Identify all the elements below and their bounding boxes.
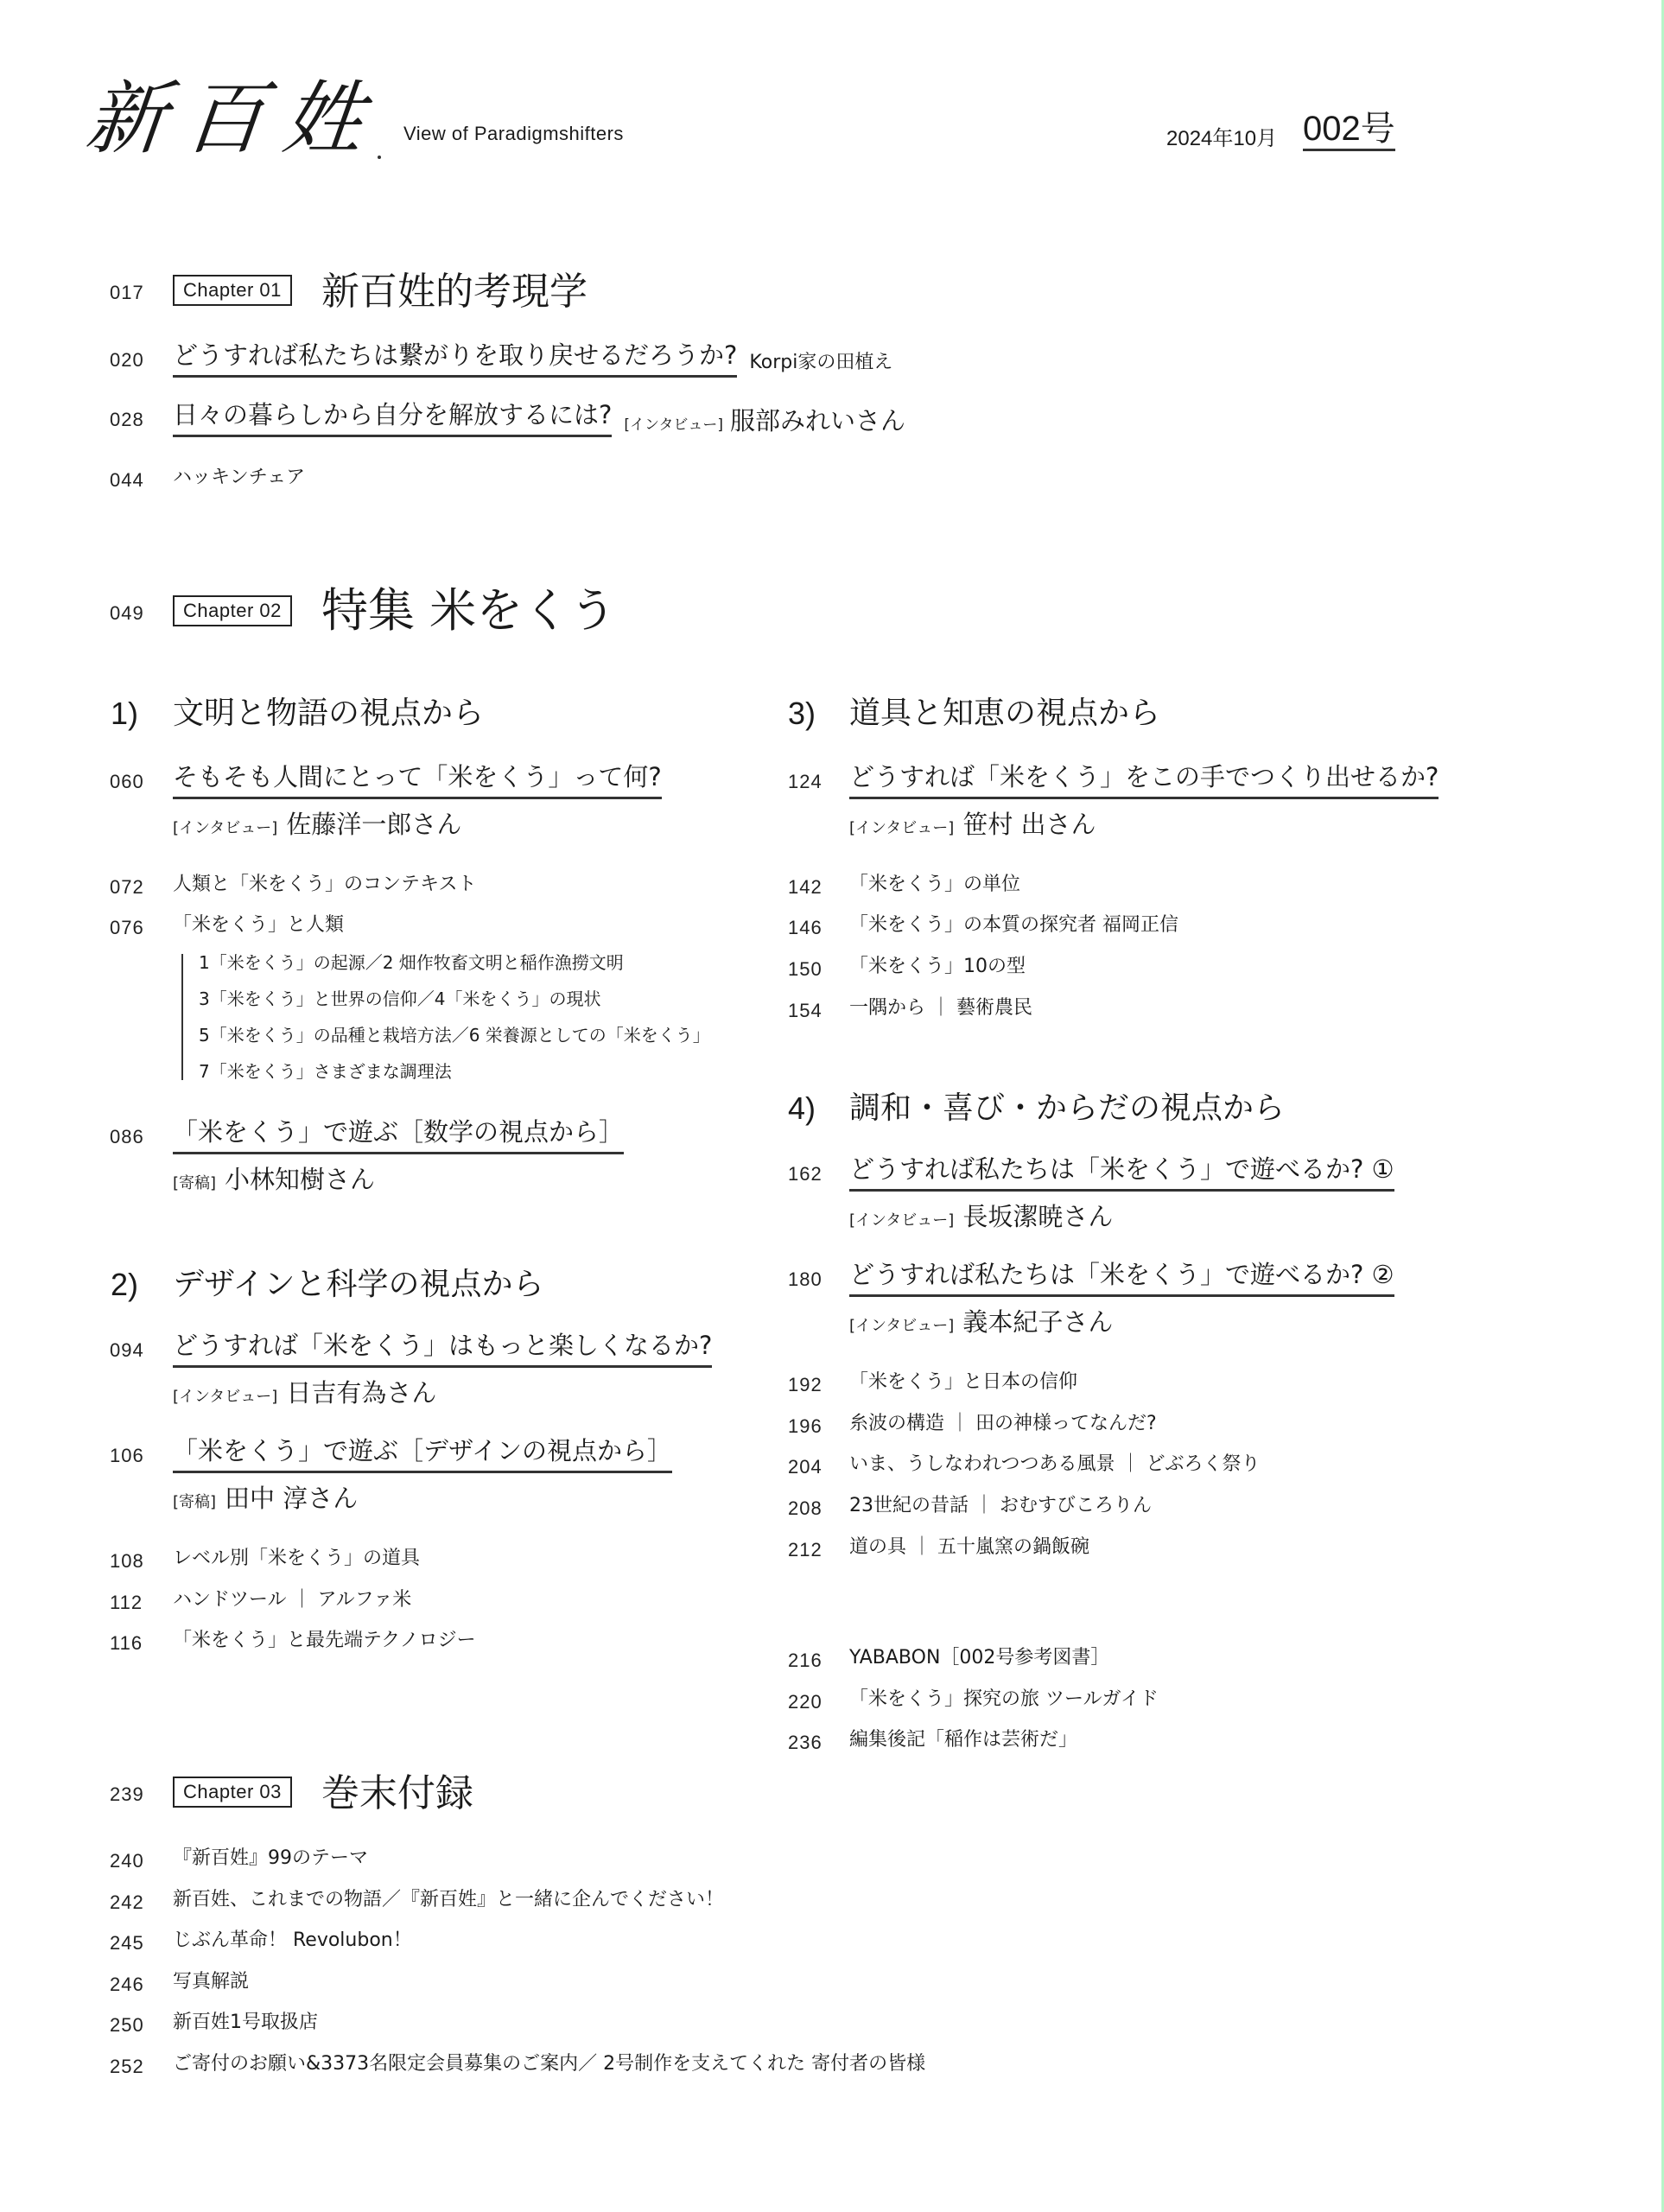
toc-item-title[interactable]: 編集後記「稲作は芸術だ」: [849, 1731, 1077, 1750]
toc-page-number: 072: [110, 876, 144, 899]
toc-item-title[interactable]: 新百姓、これまでの物語／『新百姓』と一緒に企んでください！: [173, 1891, 724, 1910]
toc-item-title[interactable]: 「米をくう」10の型: [849, 957, 1026, 976]
toc-item-title[interactable]: 一隅から ｜ 藝術農民: [849, 999, 1032, 1018]
chapter-page-number: 239: [110, 1783, 144, 1806]
toc-item-title[interactable]: ハッキンチェア: [173, 468, 305, 487]
toc-item-title[interactable]: 「米をくう」と人類: [173, 916, 344, 935]
section-title: 道具と知恵の視点から: [849, 698, 1160, 729]
chapter-page-number: 049: [110, 602, 144, 625]
toc-page-number: 245: [110, 1932, 144, 1955]
entry-byline: [インタビュー]義本紀子さん: [849, 1310, 1113, 1335]
toc-page-number: 220: [788, 1691, 822, 1713]
byline-tag: [寄稿]: [173, 1174, 216, 1192]
entry-byline: [インタビュー]笹村 出さん: [849, 812, 1096, 837]
sub-chapter-item[interactable]: 3「米をくう」と世界の信仰／4「米をくう」の現状: [199, 990, 710, 1007]
byline-name: 義本紀子さん: [962, 1307, 1113, 1337]
toc-item-title[interactable]: 人類と「米をくう」のコンテキスト: [173, 875, 477, 894]
toc-page-number: 180: [788, 1268, 822, 1291]
byline-name: 笹村 出さん: [962, 810, 1096, 839]
toc-page-number: 216: [788, 1649, 822, 1672]
toc-page-number: 196: [788, 1415, 822, 1438]
toc-item-title[interactable]: 「米をくう」と日本の信仰: [849, 1373, 1077, 1392]
toc-page-number: 252: [110, 2056, 144, 2078]
toc-page-number: 150: [788, 958, 822, 981]
toc-item-title[interactable]: 「米をくう」と最先端テクノロジー: [173, 1631, 476, 1650]
entry-byline: [インタビュー]服部みれいさん: [624, 402, 905, 437]
toc-page-number: 250: [110, 2014, 144, 2037]
byline-name: 日吉有為さん: [286, 1378, 436, 1408]
toc-item-title[interactable]: 写真解説: [173, 1973, 249, 1992]
toc-item-title[interactable]: 『新百姓』99のテーマ: [173, 1849, 368, 1868]
byline-tag: [インタビュー]: [849, 1317, 954, 1335]
issue-number: 002号: [1303, 111, 1395, 151]
section-title: 文明と物語の視点から: [173, 698, 484, 729]
toc-item-title[interactable]: 「米をくう」探究の旅 ツールガイド: [849, 1690, 1159, 1709]
toc-page-number: 192: [788, 1374, 822, 1396]
magazine-logo: 新百姓: [82, 79, 386, 159]
sub-chapter-item[interactable]: 5「米をくう」の品種と栽培方法／6 栄養源としての「米をくう」: [199, 1027, 710, 1044]
toc-item-title[interactable]: 道の具 ｜ 五十嵐窯の鍋飯碗: [849, 1538, 1089, 1557]
feature-title[interactable]: どうすれば「米をくう」はもっと楽しくなるか?: [173, 1332, 712, 1368]
toc-page-number: 240: [110, 1850, 144, 1872]
toc-page-number: 106: [110, 1445, 144, 1467]
byline-tag: [インタビュー]: [173, 1388, 277, 1406]
chapter-title: 巻末付録: [321, 1775, 473, 1813]
section-number: 2): [111, 1269, 138, 1300]
byline-name: 服部みれいさん: [730, 406, 905, 435]
toc-item-title[interactable]: じぶん革命！ Revolubon！: [173, 1931, 412, 1950]
toc-page-number: 242: [110, 1891, 144, 1914]
toc-page-number: 108: [110, 1550, 144, 1573]
feature-title[interactable]: 「米をくう」で遊ぶ［数学の視点から］: [173, 1119, 624, 1154]
byline-name: 小林知樹さん: [225, 1165, 375, 1194]
entry-byline: [寄稿]田中 淳さん: [173, 1486, 358, 1511]
feature-title[interactable]: 日々の暮らしから自分を解放するには?: [173, 402, 612, 437]
logo-dot: [378, 156, 381, 159]
feature-title[interactable]: 「米をくう」で遊ぶ［デザインの視点から］: [173, 1438, 672, 1473]
entry-subtitle: Korpi家の田植え: [749, 347, 892, 374]
tagline: View of Paradigmshifters: [403, 123, 624, 145]
toc-entry[interactable]: どうすれば私たちは繋がりを取り戻せるだろうか? Korpi家の田植え: [173, 342, 892, 378]
toc-page-number: 146: [788, 917, 822, 939]
toc-entry[interactable]: 日々の暮らしから自分を解放するには? [インタビュー]服部みれいさん: [173, 402, 905, 437]
feature-title[interactable]: どうすれば私たちは「米をくう」で遊べるか? ①: [849, 1156, 1394, 1192]
toc-item-title[interactable]: 糸波の構造 ｜ 田の神様ってなんだ?: [849, 1414, 1157, 1433]
feature-title[interactable]: どうすれば私たちは繋がりを取り戻せるだろうか?: [173, 342, 737, 378]
toc-page-number: 246: [110, 1974, 144, 1996]
chapter-label: Chapter 01: [173, 275, 292, 306]
byline-name: 佐藤洋一郎さん: [286, 810, 461, 839]
entry-byline: [インタビュー]長坂潔暁さん: [849, 1205, 1113, 1230]
chapter-title: 新百姓的考現学: [321, 273, 587, 311]
toc-page-number: 112: [110, 1592, 143, 1614]
byline-name: 田中 淳さん: [225, 1484, 358, 1513]
toc-page-number: 020: [110, 349, 144, 372]
toc-page-number: 208: [788, 1497, 822, 1520]
section-number: 3): [788, 698, 816, 729]
toc-page-number: 094: [110, 1339, 144, 1362]
toc-item-title[interactable]: YABABON［002号参考図書］: [849, 1649, 1109, 1668]
feature-title[interactable]: どうすれば私たちは「米をくう」で遊べるか? ②: [849, 1262, 1394, 1297]
toc-page-number: 204: [788, 1456, 822, 1478]
toc-page-number: 044: [110, 469, 144, 492]
toc-page-number: 212: [788, 1539, 822, 1561]
feature-title[interactable]: そもそも人間にとって「米をくう」って何?: [173, 764, 662, 799]
toc-page-number: 124: [788, 771, 822, 793]
byline-tag: [インタビュー]: [849, 819, 954, 837]
toc-item-title[interactable]: ご寄付のお願い&3373名限定会員募集のご案内／ 2号制作を支えてくれた 寄付者…: [173, 2055, 925, 2074]
toc-page-number: 086: [110, 1126, 144, 1148]
toc-page-number: 028: [110, 409, 144, 431]
byline-tag: [インタビュー]: [624, 416, 723, 434]
byline-tag: [寄稿]: [173, 1493, 216, 1511]
toc-page-number: 162: [788, 1163, 822, 1185]
issue-date: 2024年10月: [1166, 121, 1277, 151]
feature-title[interactable]: どうすれば「米をくう」をこの手でつくり出せるか?: [849, 764, 1439, 799]
toc-page-number: 060: [110, 771, 144, 793]
byline-tag: [インタビュー]: [173, 819, 277, 837]
chapter-title: 特集 米をくう: [321, 588, 616, 634]
toc-item-title[interactable]: 「米をくう」の単位: [849, 875, 1020, 894]
entry-byline: [寄稿]小林知樹さん: [173, 1167, 375, 1192]
toc-item-title[interactable]: 「米をくう」の本質の探究者 福岡正信: [849, 916, 1178, 935]
toc-item-title[interactable]: ハンドツール ｜ アルファ米: [173, 1591, 411, 1610]
toc-item-title[interactable]: 23世紀の昔話 ｜ おむすびころりん: [849, 1497, 1152, 1516]
toc-page-number: 142: [788, 876, 822, 899]
toc-page-number: 116: [110, 1632, 143, 1655]
section-number: 4): [788, 1093, 816, 1124]
entry-byline: [インタビュー]佐藤洋一郎さん: [173, 812, 461, 837]
toc-page-number: 236: [788, 1732, 822, 1754]
sub-chapter-item[interactable]: 7「米をくう」さまざまな調理法: [199, 1063, 710, 1080]
toc-item-title[interactable]: 新百姓1号取扱店: [173, 2013, 318, 2032]
toc-page-number: 076: [110, 917, 144, 939]
toc-item-title[interactable]: いま、うしなわれつつある風景 ｜ どぶろく祭り: [849, 1455, 1261, 1474]
chapter-page-number: 017: [110, 282, 144, 304]
byline-name: 長坂潔暁さん: [962, 1202, 1113, 1231]
chapter-label: Chapter 03: [173, 1777, 292, 1808]
sub-chapter-list: 1「米をくう」の起源／2 畑作牧畜文明と稲作漁撈文明 3「米をくう」と世界の信仰…: [181, 954, 710, 1080]
toc-item-title[interactable]: レベル別「米をくう」の道具: [173, 1549, 420, 1568]
toc-page-number: 154: [788, 1000, 822, 1022]
byline-tag: [インタビュー]: [849, 1211, 954, 1230]
sub-chapter-item[interactable]: 1「米をくう」の起源／2 畑作牧畜文明と稲作漁撈文明: [199, 954, 710, 971]
section-title: 調和・喜び・からだの視点から: [849, 1093, 1285, 1124]
entry-byline: [インタビュー]日吉有為さん: [173, 1381, 436, 1406]
section-title: デザインと科学の視点から: [173, 1269, 543, 1300]
chapter-label: Chapter 02: [173, 595, 292, 626]
section-number: 1): [111, 698, 138, 729]
